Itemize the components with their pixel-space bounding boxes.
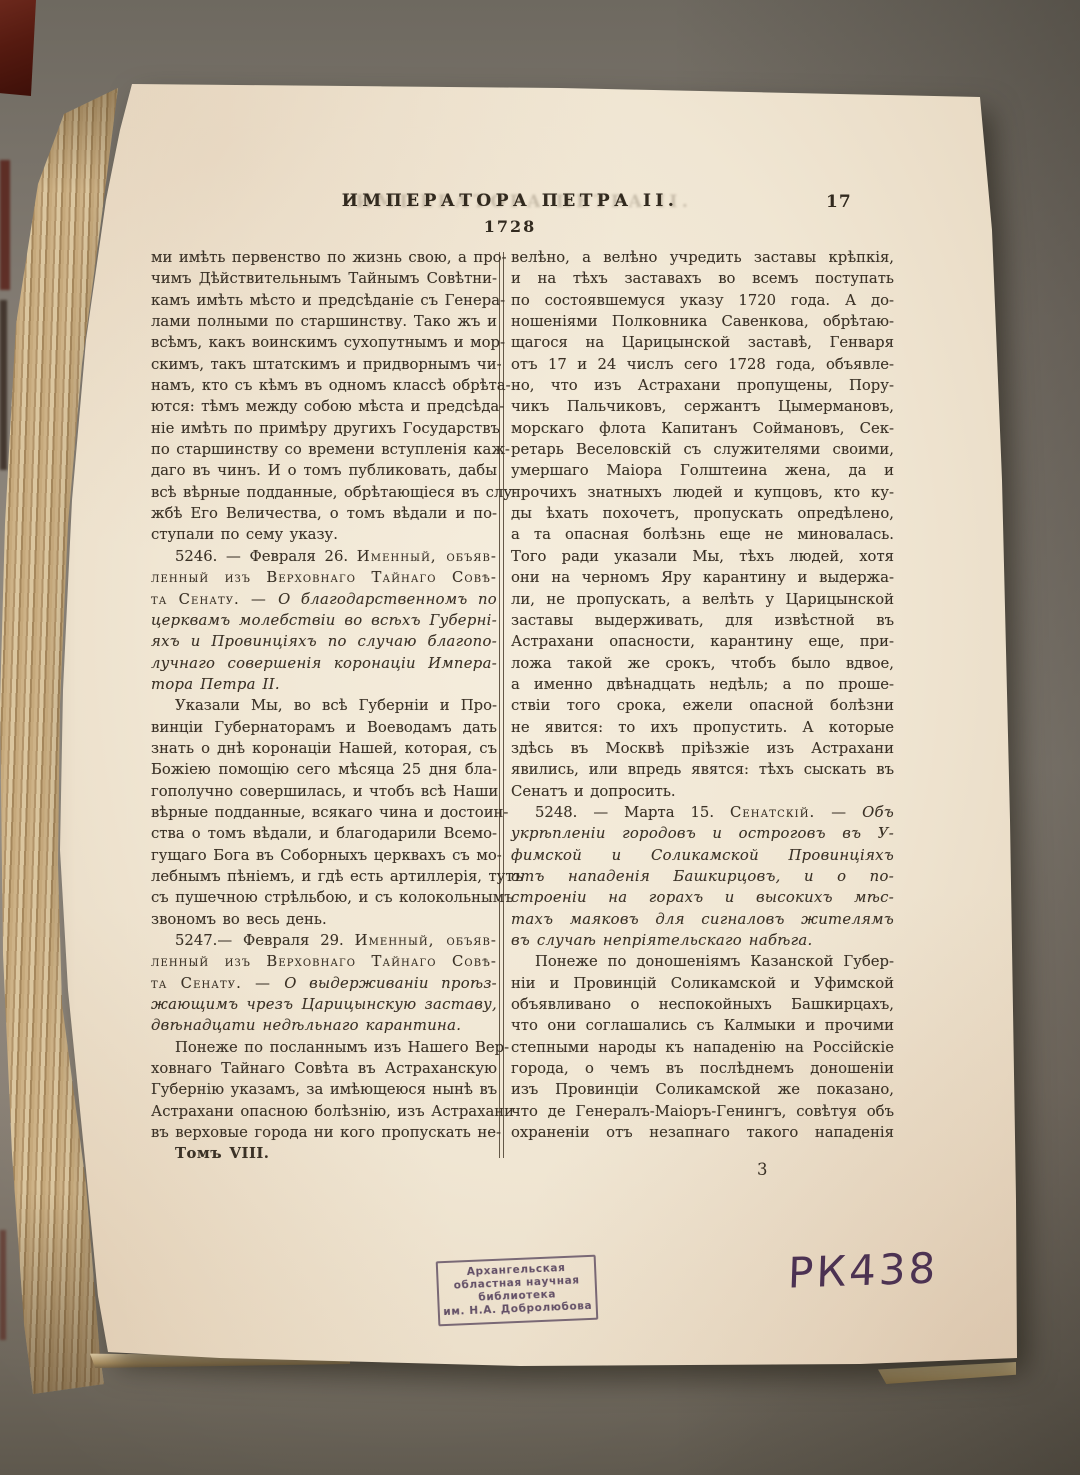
text-line: въ верховые города ни кого пропускать не… xyxy=(151,1122,497,1143)
text-line: что де Генералъ-Маіоръ-Генингъ, совѣтуя … xyxy=(511,1101,894,1122)
text-line: ства о томъ вѣдали, и благодарили Всемо- xyxy=(151,823,497,844)
year-heading: 1728 xyxy=(150,217,870,236)
text-line: явились, или впредь явятся: тѣхъ сыскать… xyxy=(511,759,894,780)
text-line: строеніи на горахъ и высокихъ мѣс- xyxy=(511,887,894,908)
text-line: степными народы къ нападенію на Россійск… xyxy=(511,1037,894,1058)
printed-text-layer: ИМПЕРАТОРА ПЕТРА II. 17 1728 ми имѣть пе… xyxy=(0,0,1080,1475)
right-text-column: велѣно, а велѣно учредить заставы крѣпкі… xyxy=(511,247,894,1143)
text-line: жбѣ Его Величества, о томъ вѣдали и по- xyxy=(151,503,497,524)
text-line: жающимъ чрезъ Царицынскую заставу, xyxy=(151,994,497,1015)
text-line: здѣсь въ Москвѣ пріѣзжіе изъ Астрахани xyxy=(511,738,894,759)
text-line: яхъ и Провинціяхъ по случаю благопо- xyxy=(151,631,497,652)
text-line: лами полными по старшинству. Тако жъ и xyxy=(151,311,497,332)
text-line: гополучно совершилась, и чтобъ всѣ Наши xyxy=(151,781,497,802)
text-line: тахъ маяковъ для сигналовъ жителямъ xyxy=(511,909,894,930)
text-line: та Сенату. — О благодарственномъ по xyxy=(151,589,497,610)
text-line: укрѣпленіи городовъ и остроговъ въ У- xyxy=(511,823,894,844)
text-line: не явится: то ихъ пропустить. А которые xyxy=(511,717,894,738)
text-line: тора Петра II. xyxy=(151,674,497,695)
text-line: Божіею помощію сего мѣсяца 25 дня бла- xyxy=(151,759,497,780)
text-line: ми имѣть первенство по жизнь свою, а про… xyxy=(151,247,497,268)
text-line: ды ѣхать похочетъ, пропускать опредѣлено… xyxy=(511,503,894,524)
handwritten-shelfmark: РК438 xyxy=(787,1243,939,1297)
text-line: лебнымъ пѣніемъ, и гдѣ есть артиллерія, … xyxy=(151,866,497,887)
text-line: отъ 17 и 24 числъ сего 1728 года, объявл… xyxy=(511,354,894,375)
text-line: ховнаго Тайнаго Совѣта въ Астраханскую xyxy=(151,1058,497,1079)
text-line: велѣно, а велѣно учредить заставы крѣпкі… xyxy=(511,247,894,268)
text-line: фимской и Соликамской Провинціяхъ xyxy=(511,845,894,866)
signature-mark: 3 xyxy=(757,1160,768,1179)
text-line: скимъ, такъ штатскимъ и придворнымъ чи- xyxy=(151,354,497,375)
text-line: Того ради указали Мы, тѣхъ людей, хотя xyxy=(511,546,894,567)
text-line: отъ нападенія Башкирцовъ, и о по- xyxy=(511,866,894,887)
text-line: объявливано о неспокойныхъ Башкирцахъ, xyxy=(511,994,894,1015)
text-line: ленный изъ Верховнаго Тайнаго Совѣ- xyxy=(151,567,497,588)
text-line: ленный изъ Верховнаго Тайнаго Совѣ- xyxy=(151,951,497,972)
text-line: города, о чемъ въ послѣднемъ доношеніи xyxy=(511,1058,894,1079)
text-line: гущаго Бога въ Соборныхъ церквахъ съ мо- xyxy=(151,845,497,866)
text-line: двѣнадцати недѣльнаго карантина. xyxy=(151,1015,497,1036)
text-line: 5248. — Марта 15. Сенатскій. — Объ xyxy=(511,802,894,823)
text-line: Сенатъ и допросить. xyxy=(511,781,894,802)
text-line: знать о днѣ коронаціи Нашей, которая, съ xyxy=(151,738,497,759)
text-line: та Сенату. — О выдерживаніи проѣз- xyxy=(151,973,497,994)
text-line: ли, не пропускать, а велѣть у Царицынско… xyxy=(511,589,894,610)
left-text-column: ми имѣть первенство по жизнь свою, а про… xyxy=(151,247,497,1165)
text-line: церквамъ молебствіи во всѣхъ Губерні- xyxy=(151,610,497,631)
text-line: даго въ чинъ. И о томъ публиковать, дабы xyxy=(151,460,497,481)
text-line: Томъ VIII. xyxy=(151,1143,497,1164)
text-line: а именно двѣнадцать недѣль; а по проше- xyxy=(511,674,894,695)
text-line: Понеже по посланнымъ изъ Нашего Вер- xyxy=(151,1037,497,1058)
text-line: Губернію указамъ, за имѣющеюся нынѣ въ xyxy=(151,1079,497,1100)
text-line: ложа такой же срокъ, чтобъ было вдвое, xyxy=(511,653,894,674)
library-stamp: Архангельская областная научная библиоте… xyxy=(436,1255,599,1327)
text-line: морскаго флота Капитанъ Соймановъ, Сек- xyxy=(511,418,894,439)
running-title: ИМПЕРАТОРА ПЕТРА II. xyxy=(150,191,870,211)
page-number: 17 xyxy=(826,192,852,212)
text-line: камъ имѣть мѣсто и предсѣданіе съ Генера… xyxy=(151,290,497,311)
text-line: по состоявшемуся указу 1720 года. А до- xyxy=(511,290,894,311)
text-line: по старшинству со времени вступленія каж… xyxy=(151,439,497,460)
text-line: ются: тѣмъ между собою мѣста и предсѣда- xyxy=(151,396,497,417)
text-line: всѣмъ, какъ воинскимъ сухопутнымъ и мор- xyxy=(151,332,497,353)
text-line: винціи Губернаторамъ и Воеводамъ дать xyxy=(151,717,497,738)
text-line: ніи и Провинцій Соликамской и Уфимской xyxy=(511,973,894,994)
text-line: 5247.— Февраля 29. Именный, объяв- xyxy=(151,930,497,951)
text-line: намъ, кто съ кѣмъ въ одномъ классѣ обрѣт… xyxy=(151,375,497,396)
text-line: изъ Провинціи Соликамской же показано, xyxy=(511,1079,894,1100)
text-line: но, что изъ Астрахани пропущены, Пору- xyxy=(511,375,894,396)
photo-of-book-page: ИМПЕРАТОРА ПЕТРА II. 17 1728 ми имѣть пе… xyxy=(0,0,1080,1475)
text-line: охраненіи отъ незапнаго такого нападенія xyxy=(511,1122,894,1143)
text-line: ступали по сему указу. xyxy=(151,524,497,545)
text-line: ретарь Веселовскій съ служителями своими… xyxy=(511,439,894,460)
text-line: ствіи того срока, ежели опасной болѣзни xyxy=(511,695,894,716)
text-line: чикъ Пальчиковъ, сержантъ Цымермановъ, xyxy=(511,396,894,417)
text-line: что они соглашались съ Калмыки и прочими xyxy=(511,1015,894,1036)
text-line: а та опасная болѣзнь еще не миновалась. xyxy=(511,524,894,545)
text-line: умершаго Маіора Голштеина жена, да и xyxy=(511,460,894,481)
text-line: Астрахани опасною болѣзнію, изъ Астрахан… xyxy=(151,1101,497,1122)
text-line: съ пушечною стрѣльбою, и съ колокольнымъ xyxy=(151,887,497,908)
text-line: ніе имѣть по примѣру другихъ Государствъ xyxy=(151,418,497,439)
text-line: лучнаго совершенія коронаціи Импера- xyxy=(151,653,497,674)
text-line: въ случаѣ непріятельскаго набѣга. xyxy=(511,930,894,951)
text-line: звономъ во весь день. xyxy=(151,909,497,930)
text-line: всѣ вѣрные подданные, обрѣтающіеся въ сл… xyxy=(151,482,497,503)
text-line: они на черномъ Яру карантину и выдержа- xyxy=(511,567,894,588)
text-line: 5246. — Февраля 26. Именный, объяв- xyxy=(151,546,497,567)
text-line: щагося на Царицынской заставѣ, Генваря xyxy=(511,332,894,353)
text-line: Астрахани опасности, карантину еще, при- xyxy=(511,631,894,652)
text-line: заставы выдерживать, для извѣстной въ xyxy=(511,610,894,631)
text-line: чимъ Дѣйствительнымъ Тайнымъ Совѣтни- xyxy=(151,268,497,289)
text-line: Понеже по доношеніямъ Казанской Губер- xyxy=(511,951,894,972)
text-line: вѣрные подданные, всякаго чина и достоин… xyxy=(151,802,497,823)
text-line: и на тѣхъ заставахъ во всемъ поступать xyxy=(511,268,894,289)
text-line: прочихъ знатныхъ людей и купцовъ, кто ку… xyxy=(511,482,894,503)
text-line: ношеніями Полковника Савенкова, обрѣтаю- xyxy=(511,311,894,332)
text-line: Указали Мы, во всѣ Губерніи и Про- xyxy=(151,695,497,716)
